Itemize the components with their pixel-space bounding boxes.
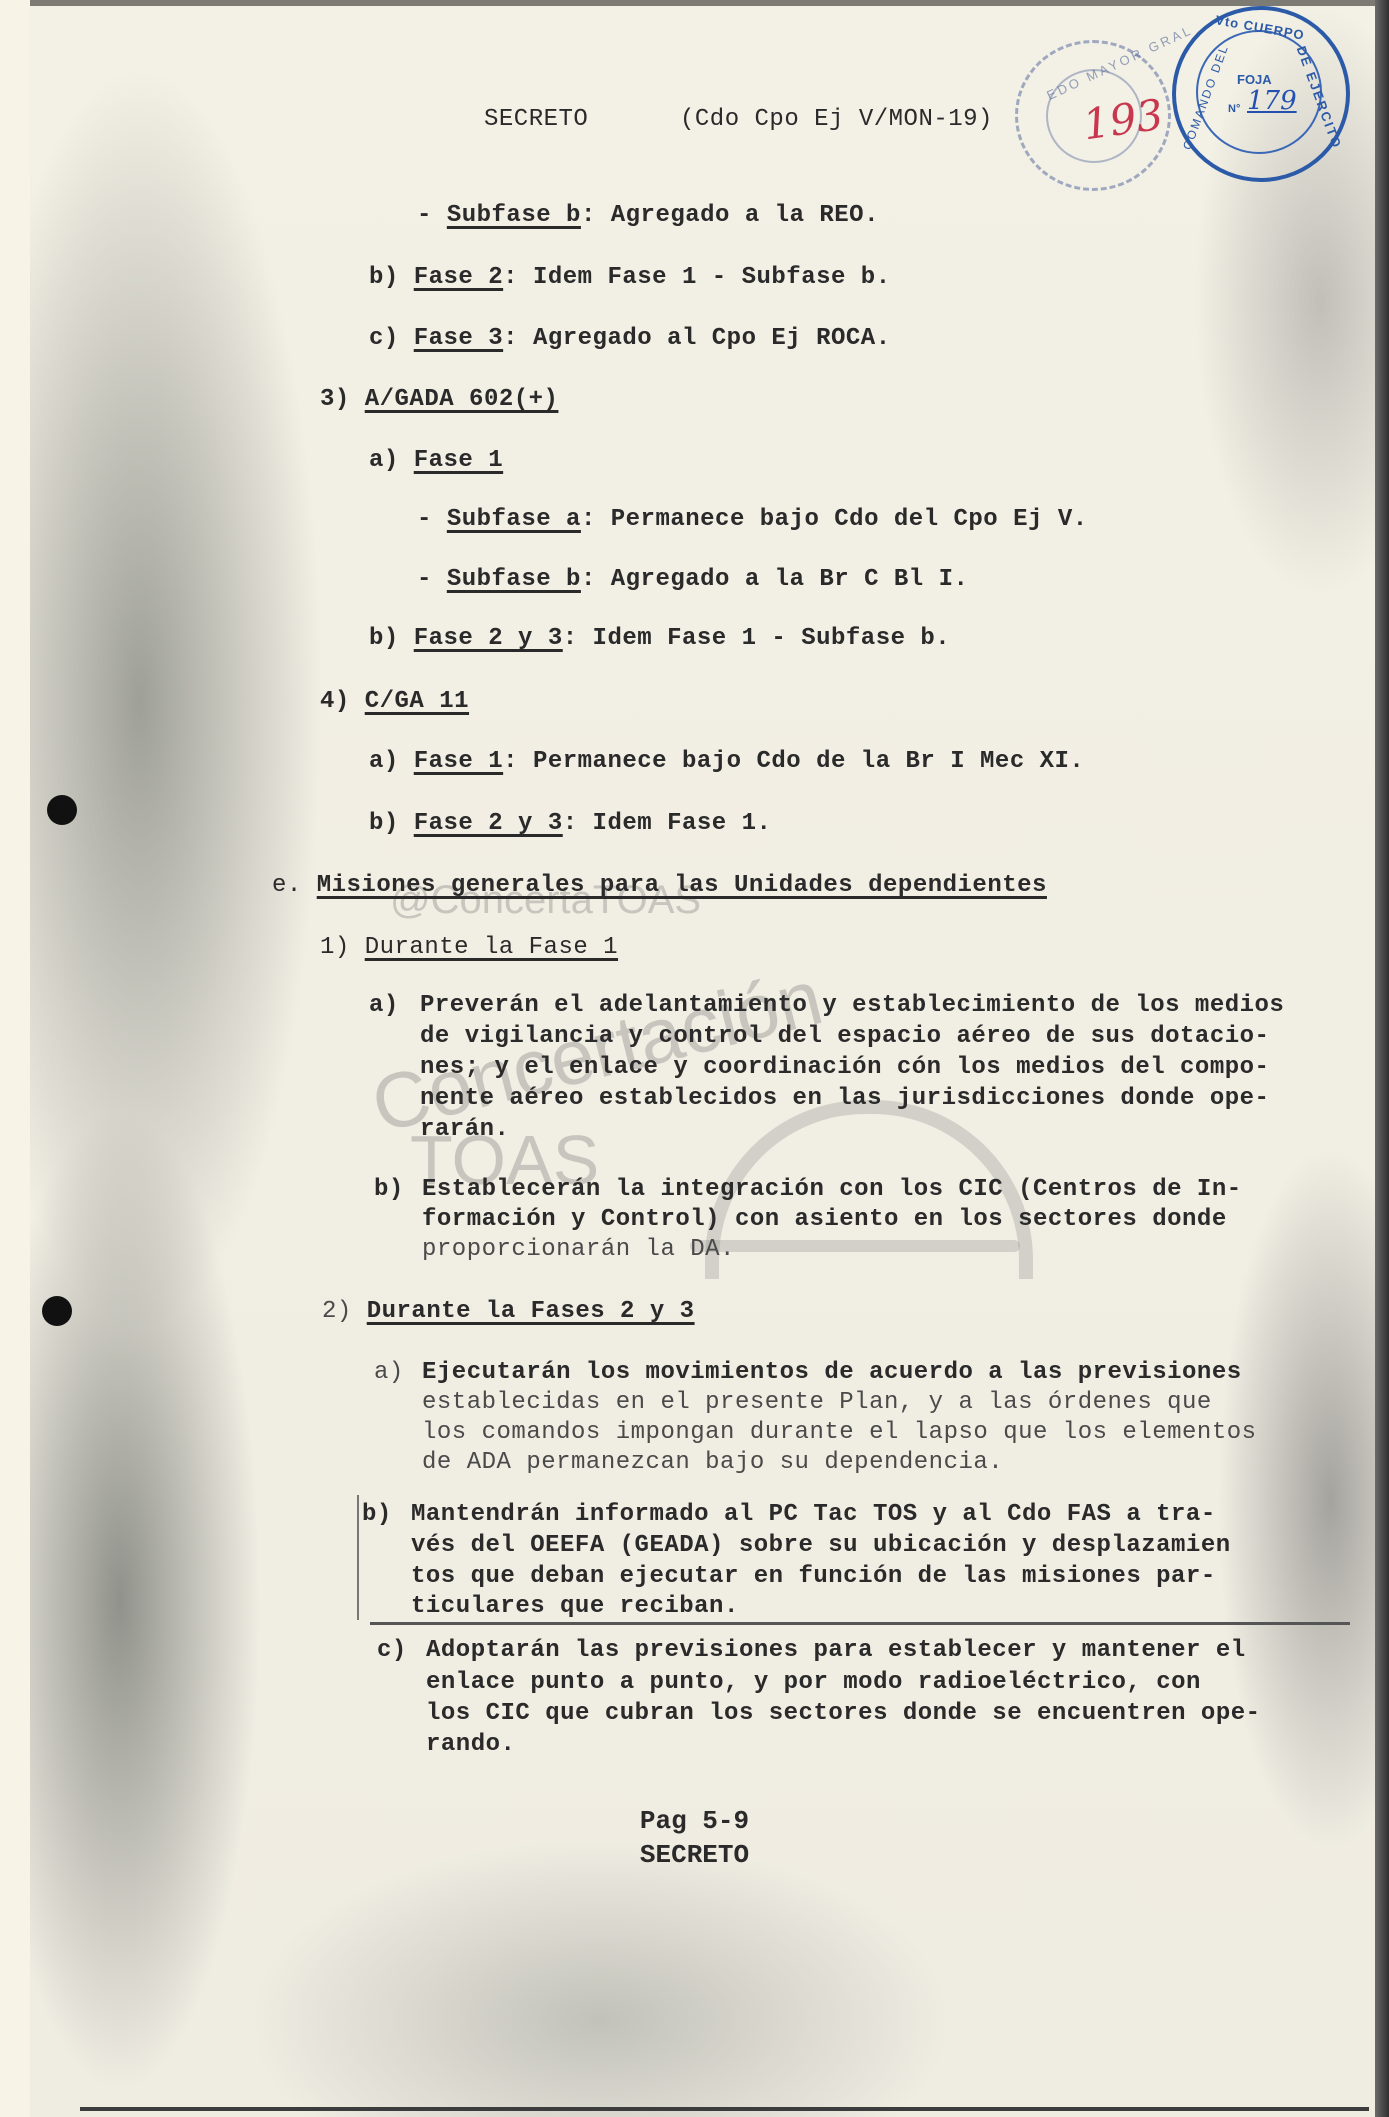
paragraph-line: rando.: [426, 1731, 515, 1758]
scan-left-margin: [0, 0, 30, 2117]
scan-bottom-edge: [80, 2107, 1369, 2111]
outline-item: b) Fase 2 y 3: Idem Fase 1.: [369, 810, 771, 837]
outline-item: b) Fase 2 y 3: Idem Fase 1 - Subfase b.: [369, 625, 950, 652]
subsection-heading: 2) Durante la Fases 2 y 3: [322, 1298, 695, 1325]
paragraph-line: Mantendrán informado al PC Tac TOS y al …: [411, 1501, 1216, 1528]
paragraph-line: rarán.: [420, 1116, 509, 1143]
outline-item: a) Fase 1: Permanece bajo Cdo de la Br I…: [369, 748, 1084, 775]
punch-hole: [42, 1296, 72, 1326]
pasted-strip-edge: [357, 1495, 359, 1620]
paragraph-line: de ADA permanezcan bajo su dependencia.: [422, 1449, 1003, 1476]
paragraph-label: c): [377, 1637, 407, 1664]
outline-item: - Subfase b: Agregado a la REO.: [417, 202, 879, 229]
paragraph-line: Establecerán la integración con los CIC …: [422, 1176, 1242, 1203]
paragraph-label: b): [362, 1501, 392, 1528]
scan-right-edge: [1375, 0, 1389, 2117]
footer-classification: SECRETO: [0, 1840, 1389, 1870]
subsection-heading: 1) Durante la Fase 1: [320, 934, 618, 961]
paragraph-line: Adoptarán las previsiones para establece…: [426, 1637, 1246, 1664]
paragraph-line: los CIC que cubran los sectores donde se…: [426, 1700, 1261, 1727]
paragraph-line: vés del OEEFA (GEADA) sobre su ubicación…: [411, 1532, 1231, 1559]
corps-stamp-number-label: N°: [1228, 103, 1240, 115]
paragraph-line: los comandos impongan durante el lapso q…: [422, 1419, 1257, 1446]
outline-item: - Subfase b: Agregado a la Br C Bl I.: [417, 566, 968, 593]
watermark-helmet-base: [690, 1240, 1020, 1252]
pasted-strip-border: [370, 1622, 1350, 1625]
corps-stamp-number: 179: [1247, 86, 1297, 116]
punch-hole: [47, 795, 77, 825]
corps-stamp-foja-label: FOJA: [1237, 72, 1272, 87]
paragraph-line: enlace punto a punto, y por modo radioel…: [426, 1669, 1201, 1696]
paragraph-line: nente aéreo establecidos en las jurisdic…: [420, 1085, 1269, 1112]
paragraph-line: de vigilancia y control del espacio aére…: [420, 1023, 1269, 1050]
scanned-page: @ConcertaTOAS Concertación TOAS SECRETO …: [0, 0, 1389, 2117]
paragraph-line: formación y Control) con asiento en los …: [422, 1206, 1227, 1233]
header-classification: SECRETO: [484, 106, 588, 133]
paragraph-line: Preverán el adelantamiento y establecimi…: [420, 992, 1284, 1019]
outline-item: - Subfase a: Permanece bajo Cdo del Cpo …: [417, 506, 1088, 533]
outline-item: c) Fase 3: Agregado al Cpo Ej ROCA.: [369, 325, 891, 352]
paragraph-line: Ejecutarán los movimientos de acuerdo a …: [422, 1359, 1242, 1386]
paragraph-label: b): [374, 1176, 404, 1203]
section-heading: e. Misiones generales para las Unidades …: [272, 872, 1047, 899]
outline-item: 4) C/GA 11: [320, 688, 469, 715]
paragraph-line: establecidas en el presente Plan, y a la…: [422, 1389, 1212, 1416]
header-reference: (Cdo Cpo Ej V/MON-19): [680, 106, 993, 133]
paragraph-line: tos que deban ejecutar en función de las…: [411, 1563, 1216, 1590]
outline-item: b) Fase 2: Idem Fase 1 - Subfase b.: [369, 264, 891, 291]
paragraph-line: nes; y el enlace y coordinación cón los …: [420, 1054, 1269, 1081]
paragraph-line: ticulares que reciban.: [411, 1593, 739, 1620]
outline-item: a) Fase 1: [369, 447, 503, 474]
paragraph-label: a): [369, 992, 399, 1019]
paragraph-label: a): [374, 1359, 404, 1386]
paragraph-line: proporcionarán la DA.: [422, 1236, 735, 1263]
outline-item: 3) A/GADA 602(+): [320, 386, 558, 413]
scan-top-edge: [0, 0, 1389, 6]
page-number: Pag 5-9: [0, 1806, 1389, 1836]
